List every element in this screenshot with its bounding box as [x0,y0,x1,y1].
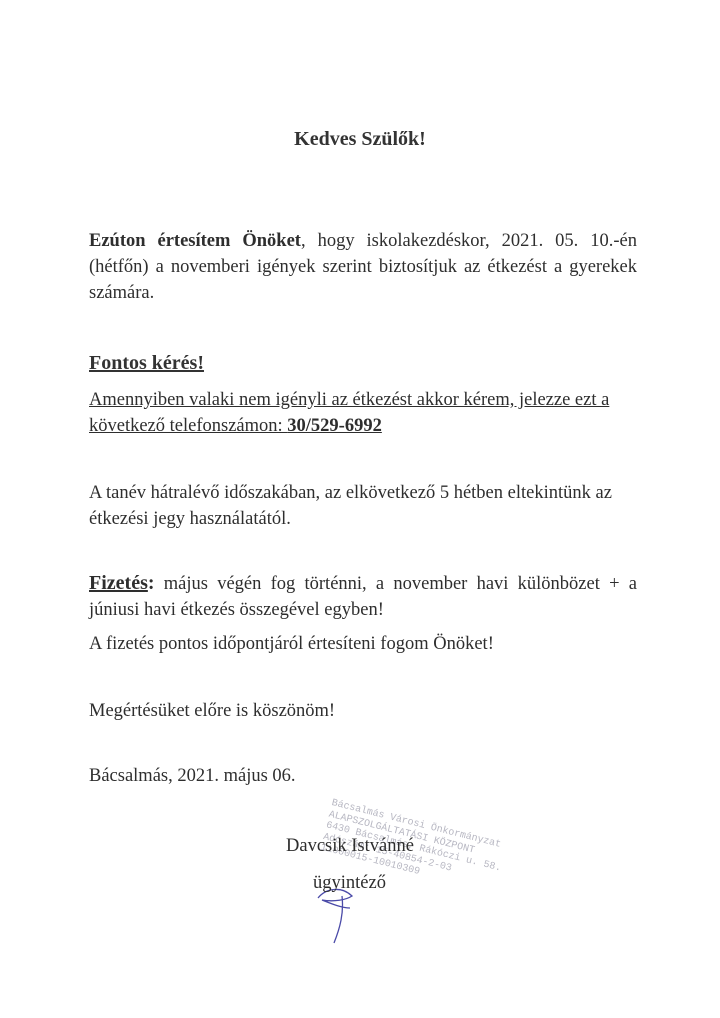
thanks-line: Megértésüket előre is köszönöm! [89,698,637,724]
payment-paragraph: Fizetés: május végén fog történni, a nov… [89,570,637,623]
payment-colon: : [148,572,155,594]
signer-name: Davcsik Istvánné [286,833,486,859]
important-heading: Fontos kérés! [89,352,204,374]
ticket-note: A tanév hátralévő időszakában, az elköve… [89,480,637,532]
phone-number: 30/529-6992 [287,416,382,436]
payment-followup: A fizetés pontos időpontjáról értesíteni… [89,631,637,657]
payment-text: május végén fog történni, a november hav… [89,574,637,620]
important-paragraph: Amennyiben valaki nem igényli az étkezés… [89,387,637,439]
place-date: Bácsalmás, 2021. május 06. [89,763,637,789]
important-heading-block: Fontos kérés! [89,350,637,377]
intro-paragraph: Ezúton értesítem Önöket, hogy iskolakezd… [89,228,637,306]
intro-lead: Ezúton értesítem Önöket [89,231,301,251]
payment-label: Fizetés [89,572,148,594]
letter-title: Kedves Szülők! [0,128,720,151]
signer-role: ügyintéző [313,870,513,896]
